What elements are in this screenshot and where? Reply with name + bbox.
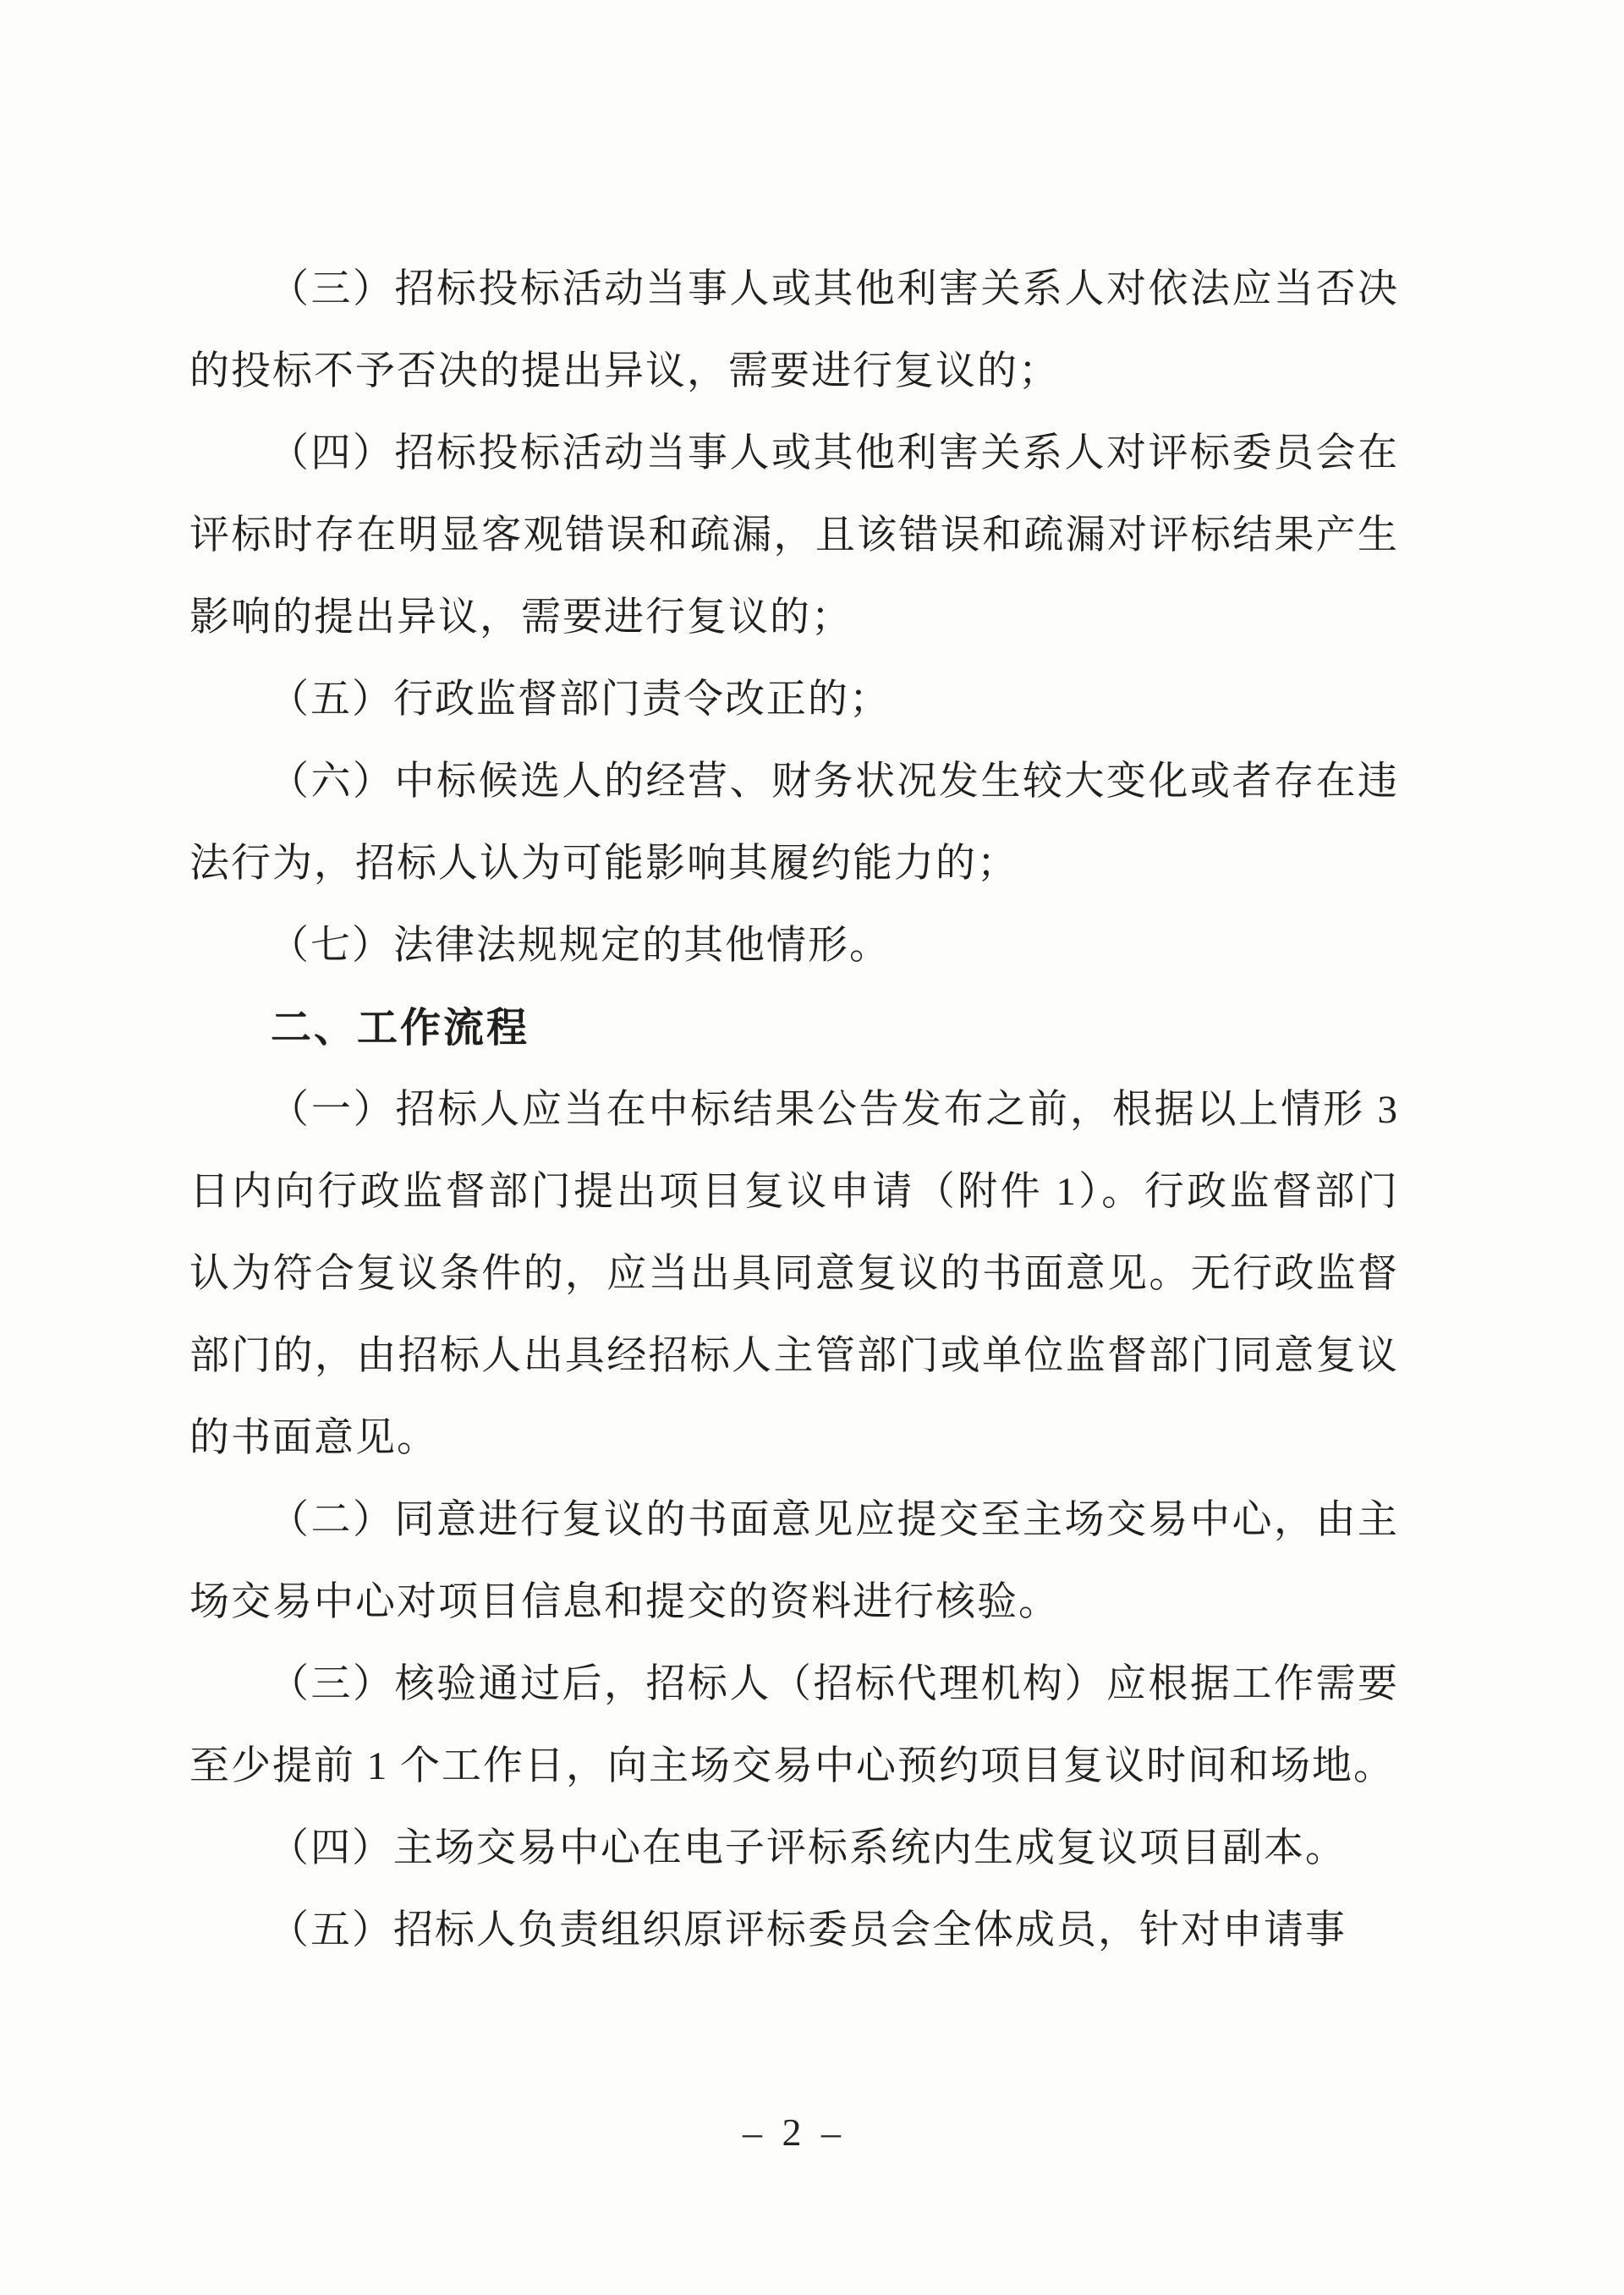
clause-item-6: （六）中标候选人的经营、财务状况发生较大变化或者存在违法行为，招标人认为可能影响… bbox=[189, 741, 1399, 905]
document-body: （三）招标投标活动当事人或其他利害关系人对依法应当否决的投标不予否决的提出异议，… bbox=[189, 249, 1399, 1972]
workflow-step-2: （二）同意进行复议的书面意见应提交至主场交易中心，由主场交易中心对项目信息和提交… bbox=[189, 1480, 1399, 1644]
workflow-step-1: （一）招标人应当在中标结果公告发布之前，根据以上情形 3 日内向行政监督部门提出… bbox=[189, 1069, 1399, 1480]
clause-item-5: （五）行政监督部门责令改正的； bbox=[189, 659, 1399, 741]
clause-item-3: （三）招标投标活动当事人或其他利害关系人对依法应当否决的投标不予否决的提出异议，… bbox=[189, 249, 1399, 413]
page-number: – 2 – bbox=[189, 2110, 1399, 2155]
workflow-step-3: （三）核验通过后，招标人（招标代理机构）应根据工作需要至少提前 1 个工作日，向… bbox=[189, 1644, 1399, 1808]
clause-item-7: （七）法律法规规定的其他情形。 bbox=[189, 905, 1399, 987]
clause-item-4: （四）招标投标活动当事人或其他利害关系人对评标委员会在评标时存在明显客观错误和疏… bbox=[189, 413, 1399, 659]
workflow-step-4: （四）主场交易中心在电子评标系统内生成复议项目副本。 bbox=[189, 1808, 1399, 1890]
section-heading-workflow: 二、工作流程 bbox=[189, 987, 1399, 1069]
document-page: （三）招标投标活动当事人或其他利害关系人对依法应当否决的投标不予否决的提出异议，… bbox=[0, 0, 1624, 2295]
workflow-step-5: （五）招标人负责组织原评标委员会全体成员，针对申请事 bbox=[189, 1890, 1399, 1972]
